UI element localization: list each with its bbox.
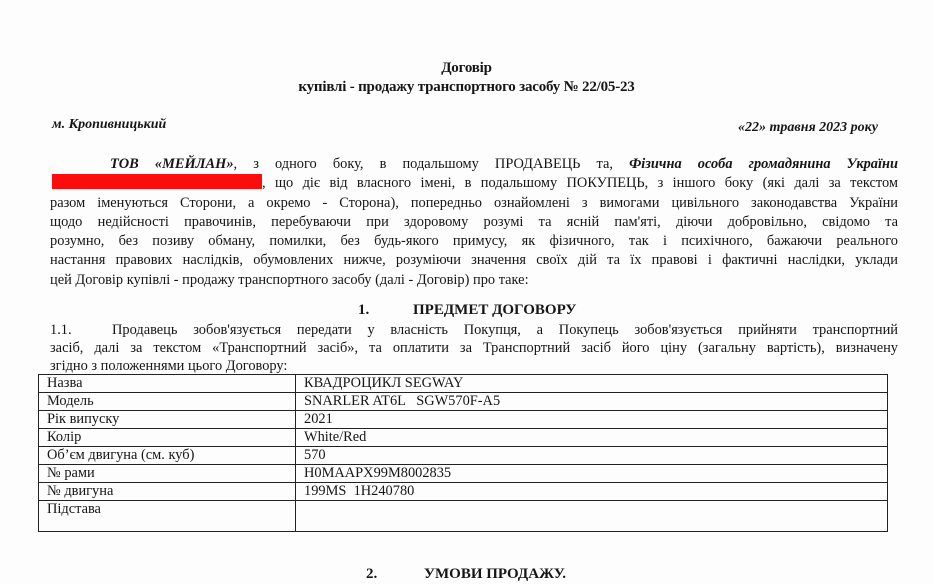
spec-label: № двигуна (39, 483, 296, 501)
section-number: 1. (358, 302, 369, 319)
clause-1-1: 1.1.Продавець зобов'язується передати у … (50, 321, 898, 375)
preamble-line: щодо недійсності правочинів, перебуваючи… (50, 213, 898, 232)
spec-label: № рами (39, 465, 296, 483)
table-row: КолірWhite/Red (39, 429, 888, 447)
spec-value: КВАДРОЦИКЛ SEGWAY (296, 375, 888, 393)
contract-page: Договір купівлі - продажу транспортного … (0, 0, 933, 584)
spec-value: 199MS 1H240780 (296, 483, 888, 501)
clause-line: засіб, далі за текстом «Транспортний зас… (50, 339, 898, 357)
clause-line: згідно з положеннями цього Договору: (50, 357, 898, 375)
contract-city: м. Кропивницький (52, 117, 166, 133)
spec-label: Назва (39, 375, 296, 393)
section-title: ПРЕДМЕТ ДОГОВОРУ (413, 302, 576, 319)
spec-value: White/Red (296, 429, 888, 447)
preamble-line: , що діє від власного імені, в подальшом… (50, 174, 898, 193)
spec-label: Колір (39, 429, 296, 447)
preamble-line: ТОВ «МЕЙЛАН», з одного боку, в подальшом… (50, 155, 898, 174)
table-row: Рік випуску2021 (39, 411, 888, 429)
seller-name: ТОВ «МЕЙЛАН» (110, 156, 234, 172)
redaction-bar (52, 174, 262, 189)
table-row: НазваКВАДРОЦИКЛ SEGWAY (39, 375, 888, 393)
spec-label: Підстава (39, 501, 296, 532)
spec-label: Модель (39, 393, 296, 411)
table-row: № рамиH0MAAPX99M8002835 (39, 465, 888, 483)
spec-label: Об’єм двигуна (см. куб) (39, 447, 296, 465)
spec-value: 570 (296, 447, 888, 465)
table-row: Об’єм двигуна (см. куб)570 (39, 447, 888, 465)
spec-label: Рік випуску (39, 411, 296, 429)
spec-value: SNARLER AT6L SGW570F-A5 (296, 393, 888, 411)
section-title: УМОВИ ПРОДАЖУ. (424, 566, 566, 583)
table-row: МодельSNARLER AT6L SGW570F-A5 (39, 393, 888, 411)
document-subtitle: купівлі - продажу транспортного засобу №… (0, 79, 933, 96)
document-title: Договір (0, 60, 933, 77)
clause-number: 1.1. (50, 321, 112, 339)
preamble: ТОВ «МЕЙЛАН», з одного боку, в подальшом… (50, 155, 898, 290)
buyer-type: Фізична особа громадянина України (629, 156, 898, 172)
table-row: № двигуна199MS 1H240780 (39, 483, 888, 501)
table-row: Підстава (39, 501, 888, 532)
preamble-line: настання правових наслідків, обумовлених… (50, 251, 898, 270)
spec-value (296, 501, 888, 532)
preamble-line: разом іменуються Сторони, а окремо - Сто… (50, 194, 898, 213)
spec-value: 2021 (296, 411, 888, 429)
spec-value: H0MAAPX99M8002835 (296, 465, 888, 483)
contract-date: «22» травня 2023 року (738, 120, 878, 136)
section-number: 2. (366, 566, 377, 583)
vehicle-spec-table: НазваКВАДРОЦИКЛ SEGWAYМодельSNARLER AT6L… (38, 374, 888, 532)
preamble-line: розумно, без позиву обману, помилки, без… (50, 232, 898, 251)
preamble-line: цей Договір купівлі - продажу транспортн… (50, 271, 898, 290)
